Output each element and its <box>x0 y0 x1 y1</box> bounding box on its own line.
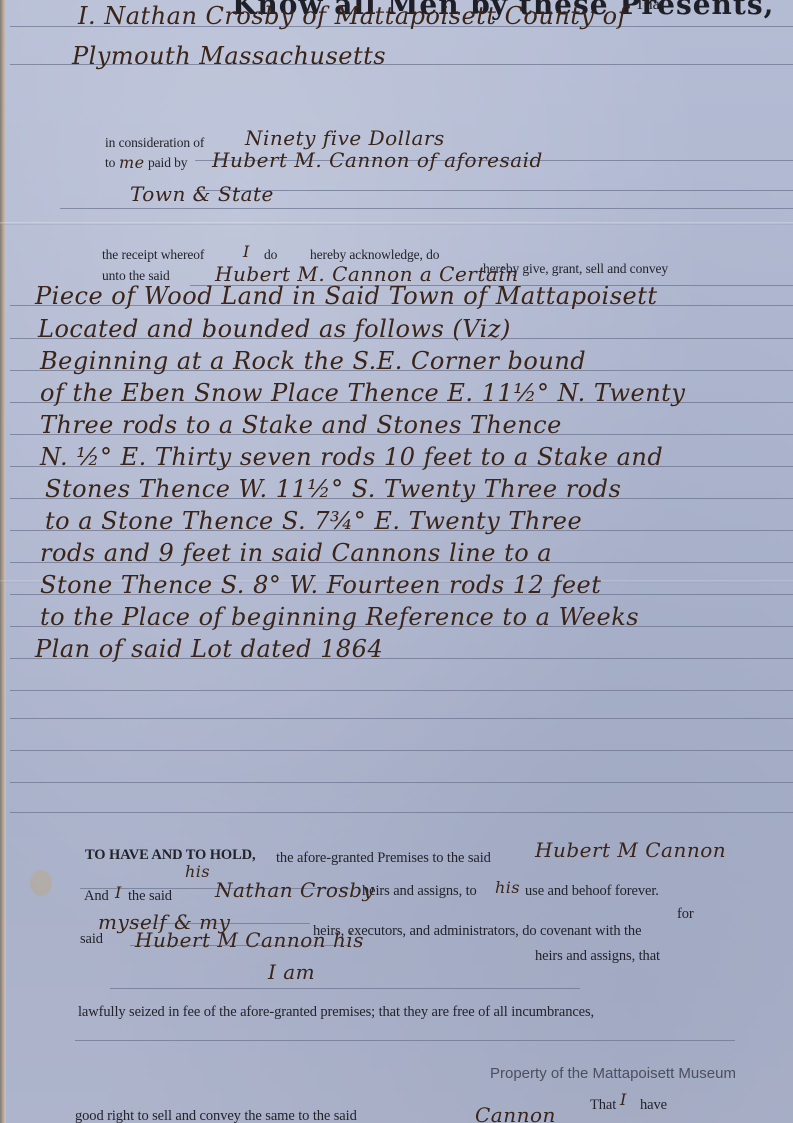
paper-stain <box>30 870 52 896</box>
good-right-hand-i: I <box>620 1090 627 1109</box>
habendum-forever: use and behoof forever. <box>525 883 659 900</box>
description-line: Stones Thence W. 11½° S. Twenty Three ro… <box>45 475 621 503</box>
habendum-hand-his: his <box>495 878 520 897</box>
payer-name: Hubert M. Cannon of aforesaid <box>212 148 543 172</box>
ruled-line <box>10 782 793 783</box>
grantor-line-1: I. Nathan Crosby of Mattapoisett County … <box>78 2 627 30</box>
description-line: to a Stone Thence S. 7¾° E. Twenty Three <box>45 507 582 535</box>
good-right-grantee: Cannon <box>475 1103 556 1123</box>
description-line: Piece of Wood Land in Said Town of Matta… <box>35 282 658 310</box>
ruled-line <box>75 1040 735 1041</box>
description-line: of the Eben Snow Place Thence E. 11½° N.… <box>40 379 685 407</box>
ruled-line <box>10 690 793 691</box>
description-line: Stone Thence S. 8° W. Fourteen rods 12 f… <box>40 571 601 599</box>
paid-label-suffix: paid by <box>148 155 187 171</box>
receipt-acknowledge: hereby acknowledge, do <box>310 247 439 263</box>
covenant-hand-i: I <box>115 883 122 902</box>
covenant-for: for <box>677 906 694 923</box>
receipt-do: do <box>264 247 277 263</box>
habendum-heirs: heirs and assigns, to <box>362 883 477 900</box>
covenant-and: And <box>84 888 109 905</box>
good-right-that: That <box>590 1097 616 1114</box>
habendum-his: his <box>185 862 210 881</box>
covenant-said: said <box>80 931 103 948</box>
ruled-line <box>10 750 793 751</box>
description-line: rods and 9 feet in said Cannons line to … <box>40 539 552 567</box>
ruled-line <box>60 208 793 209</box>
habendum-grantee: Hubert M Cannon <box>535 838 726 862</box>
museum-watermark: Property of the Mattapoisett Museum <box>490 1065 736 1082</box>
receipt-text: the receipt whereof <box>102 247 204 263</box>
description-line: N. ½° E. Thirty seven rods 10 feet to a … <box>40 443 663 471</box>
description-line: Plan of said Lot dated 1864 <box>35 635 383 663</box>
heading-that: That <box>635 0 664 14</box>
receipt-hand-i: I <box>243 242 250 261</box>
grantor-line-2: Plymouth Massachusetts <box>72 42 386 70</box>
description-line: Beginning at a Rock the S.E. Corner boun… <box>40 347 586 375</box>
covenant-grantor: Nathan Crosby <box>215 878 374 902</box>
habendum-text: the afore-granted Premises to the said <box>276 850 491 867</box>
ruled-line <box>10 812 793 813</box>
good-right-have: have <box>640 1097 667 1114</box>
ruled-line <box>195 190 793 191</box>
paid-label-prefix: to <box>105 155 115 171</box>
good-right-text: good right to sell and convey the same t… <box>75 1108 357 1123</box>
covenant-grantee: Hubert M Cannon his <box>135 928 364 952</box>
habendum-lead: TO HAVE AND TO HOLD, <box>85 847 256 864</box>
description-line: Located and bounded as follows (Viz) <box>38 315 511 343</box>
covenant-heirs-assigns: heirs and assigns, that <box>535 948 660 965</box>
consideration-amount: Ninety five Dollars <box>245 126 445 150</box>
seized-clause: lawfully seized in fee of the afore-gran… <box>78 1004 594 1021</box>
paper-fold <box>0 222 793 225</box>
description-line: to the Place of beginning Reference to a… <box>40 603 639 631</box>
covenant-the-said: the said <box>128 888 172 905</box>
ruled-line <box>10 718 793 719</box>
description-line: Three rods to a Stake and Stones Thence <box>40 411 562 439</box>
consideration-label: in consideration of <box>105 135 204 151</box>
paper-edge <box>0 0 6 1123</box>
deed-page: Know all Men by these Presents, That I. … <box>0 0 793 1123</box>
payer-line-2: Town & State <box>130 182 274 206</box>
covenant-i-am: I am <box>268 960 315 984</box>
ruled-line <box>110 988 580 989</box>
paid-label-hand: me <box>119 153 145 172</box>
